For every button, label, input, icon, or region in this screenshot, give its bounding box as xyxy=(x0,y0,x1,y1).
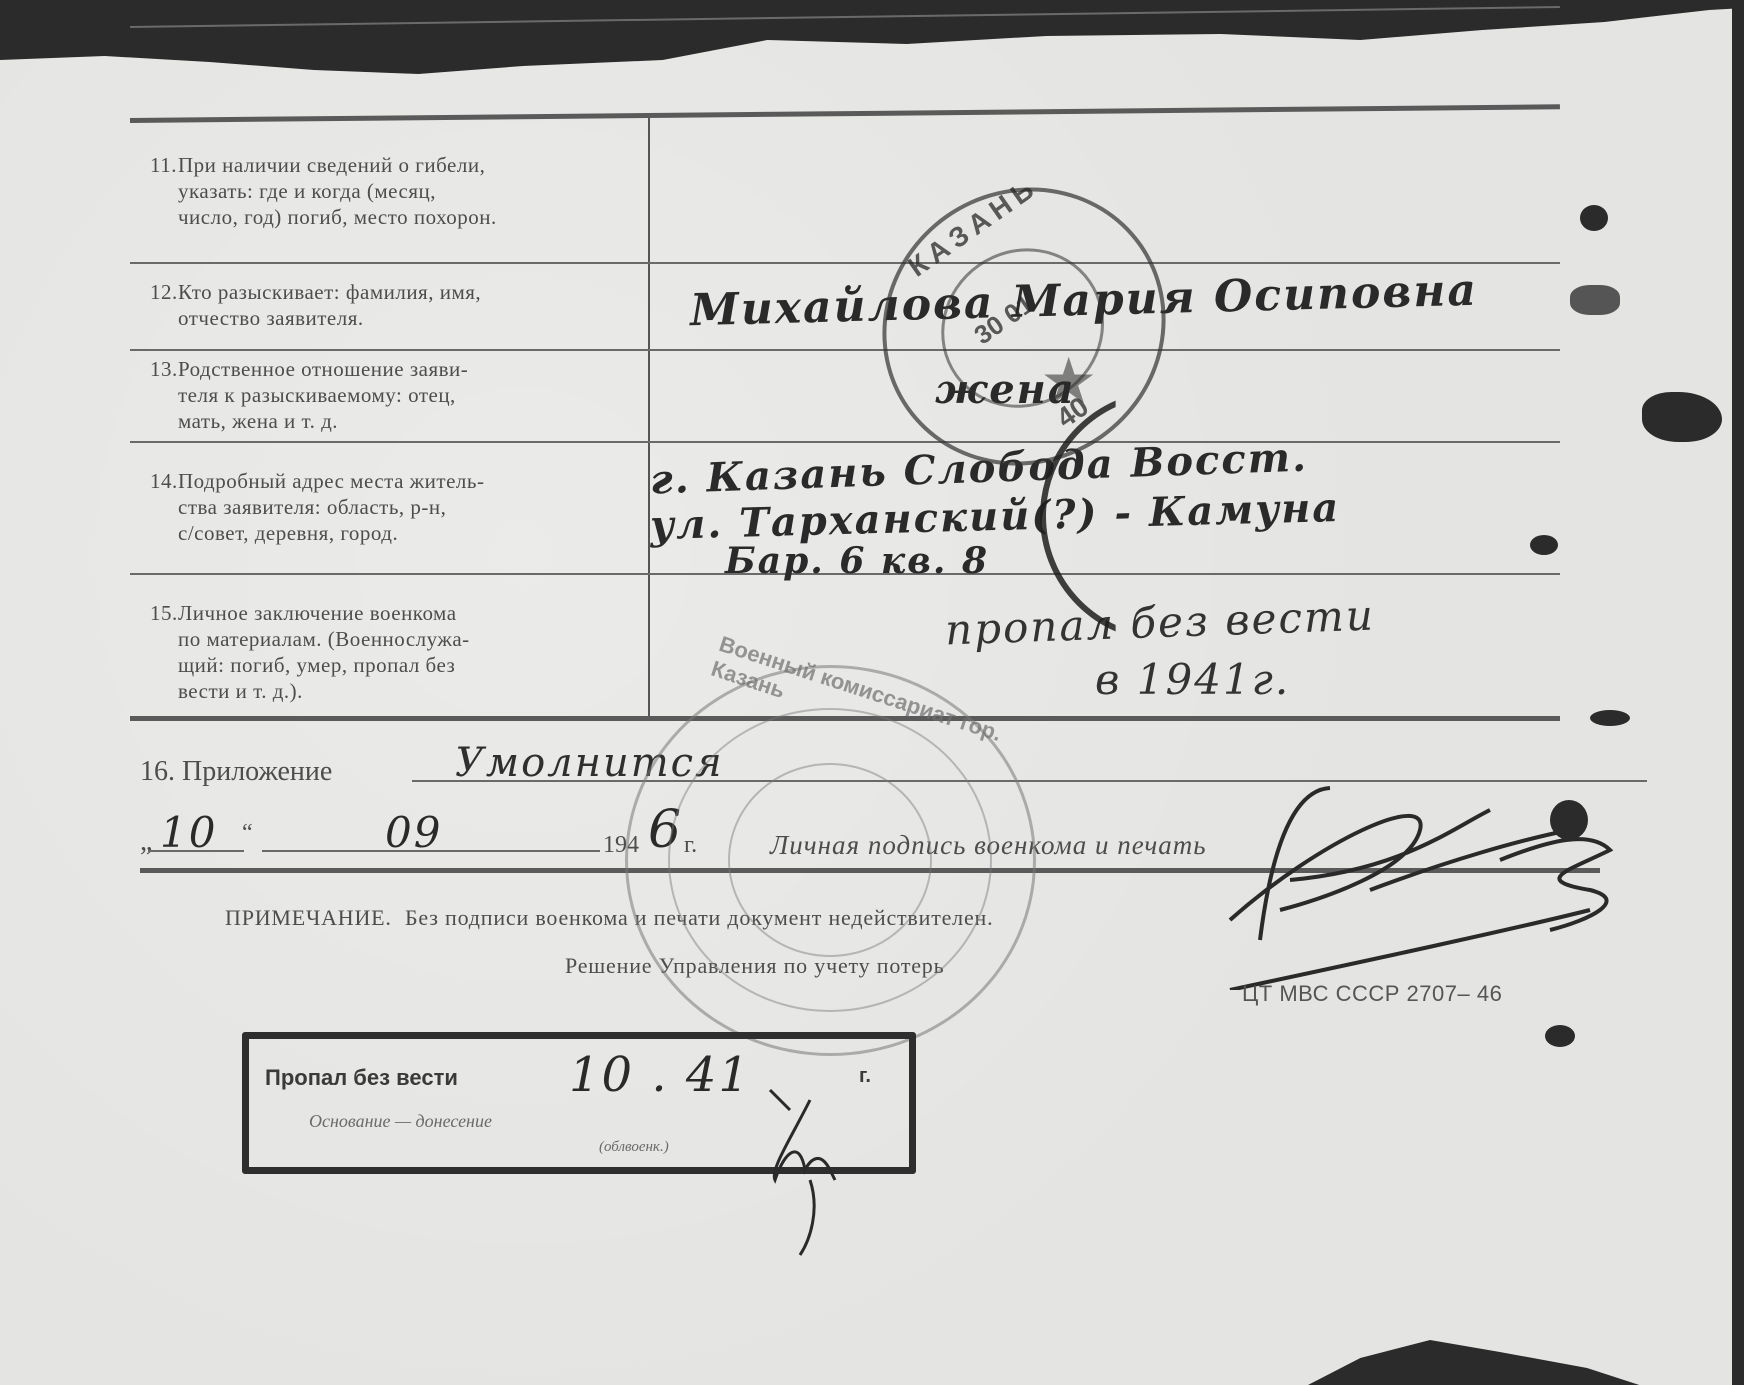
print-code: ЦТ МВС СССР 2707– 46 xyxy=(1242,981,1502,1007)
paper-hole xyxy=(1580,205,1608,231)
field-12-label: 12.Кто разыскивает: фамилия, имя, отчест… xyxy=(150,279,632,331)
office-seal: Военный комиссариат гор. Казань xyxy=(625,665,1036,1056)
ink-blot xyxy=(1570,285,1620,315)
stamp-date: 10 . 41 xyxy=(569,1047,751,1103)
stamp-initials xyxy=(750,1080,850,1260)
star-icon: ★ xyxy=(1040,345,1097,419)
row-separator xyxy=(130,262,1560,264)
date-day-underline xyxy=(148,850,244,852)
paper-hole xyxy=(1545,1025,1575,1047)
row-separator xyxy=(130,349,1560,351)
paper-hole xyxy=(1590,710,1630,726)
paper-hole xyxy=(1550,800,1588,840)
attachment-label: 16. Приложение xyxy=(140,756,332,788)
column-divider xyxy=(648,118,650,716)
date-month-underline xyxy=(262,850,600,852)
stamp-line2: Основание — донесение xyxy=(309,1111,492,1132)
row-separator xyxy=(130,441,1560,443)
commissar-signature xyxy=(1170,770,1710,990)
date-day-open-quote: „ xyxy=(140,826,152,858)
stamp-line3: (облвоенк.) xyxy=(599,1139,669,1156)
page-edge xyxy=(1732,0,1744,1385)
stamp-line1: Пропал без вести xyxy=(265,1065,458,1091)
field-13-label: 13.Родственное отношение заяви- теля к р… xyxy=(150,356,632,434)
field-11-label: 11.При наличии сведений о гибели, указат… xyxy=(150,152,632,230)
field-14-label: 14.Подробный адрес места житель- ства за… xyxy=(150,468,632,546)
field-15-value-line2: в 1941г. xyxy=(1095,655,1290,704)
field-15-label: 15.Личное заключение военкома по материа… xyxy=(150,600,632,704)
note-label: ПРИМЕЧАНИЕ. xyxy=(225,905,392,931)
top-rule xyxy=(130,6,1560,28)
date-day-close-quote: “ xyxy=(242,820,253,847)
stamp-year-suffix: г. xyxy=(859,1065,871,1088)
ink-blot xyxy=(1642,392,1722,442)
paper-hole xyxy=(1530,535,1558,555)
field-14-value-line3: Бар. 6 кв. 8 xyxy=(725,540,989,582)
